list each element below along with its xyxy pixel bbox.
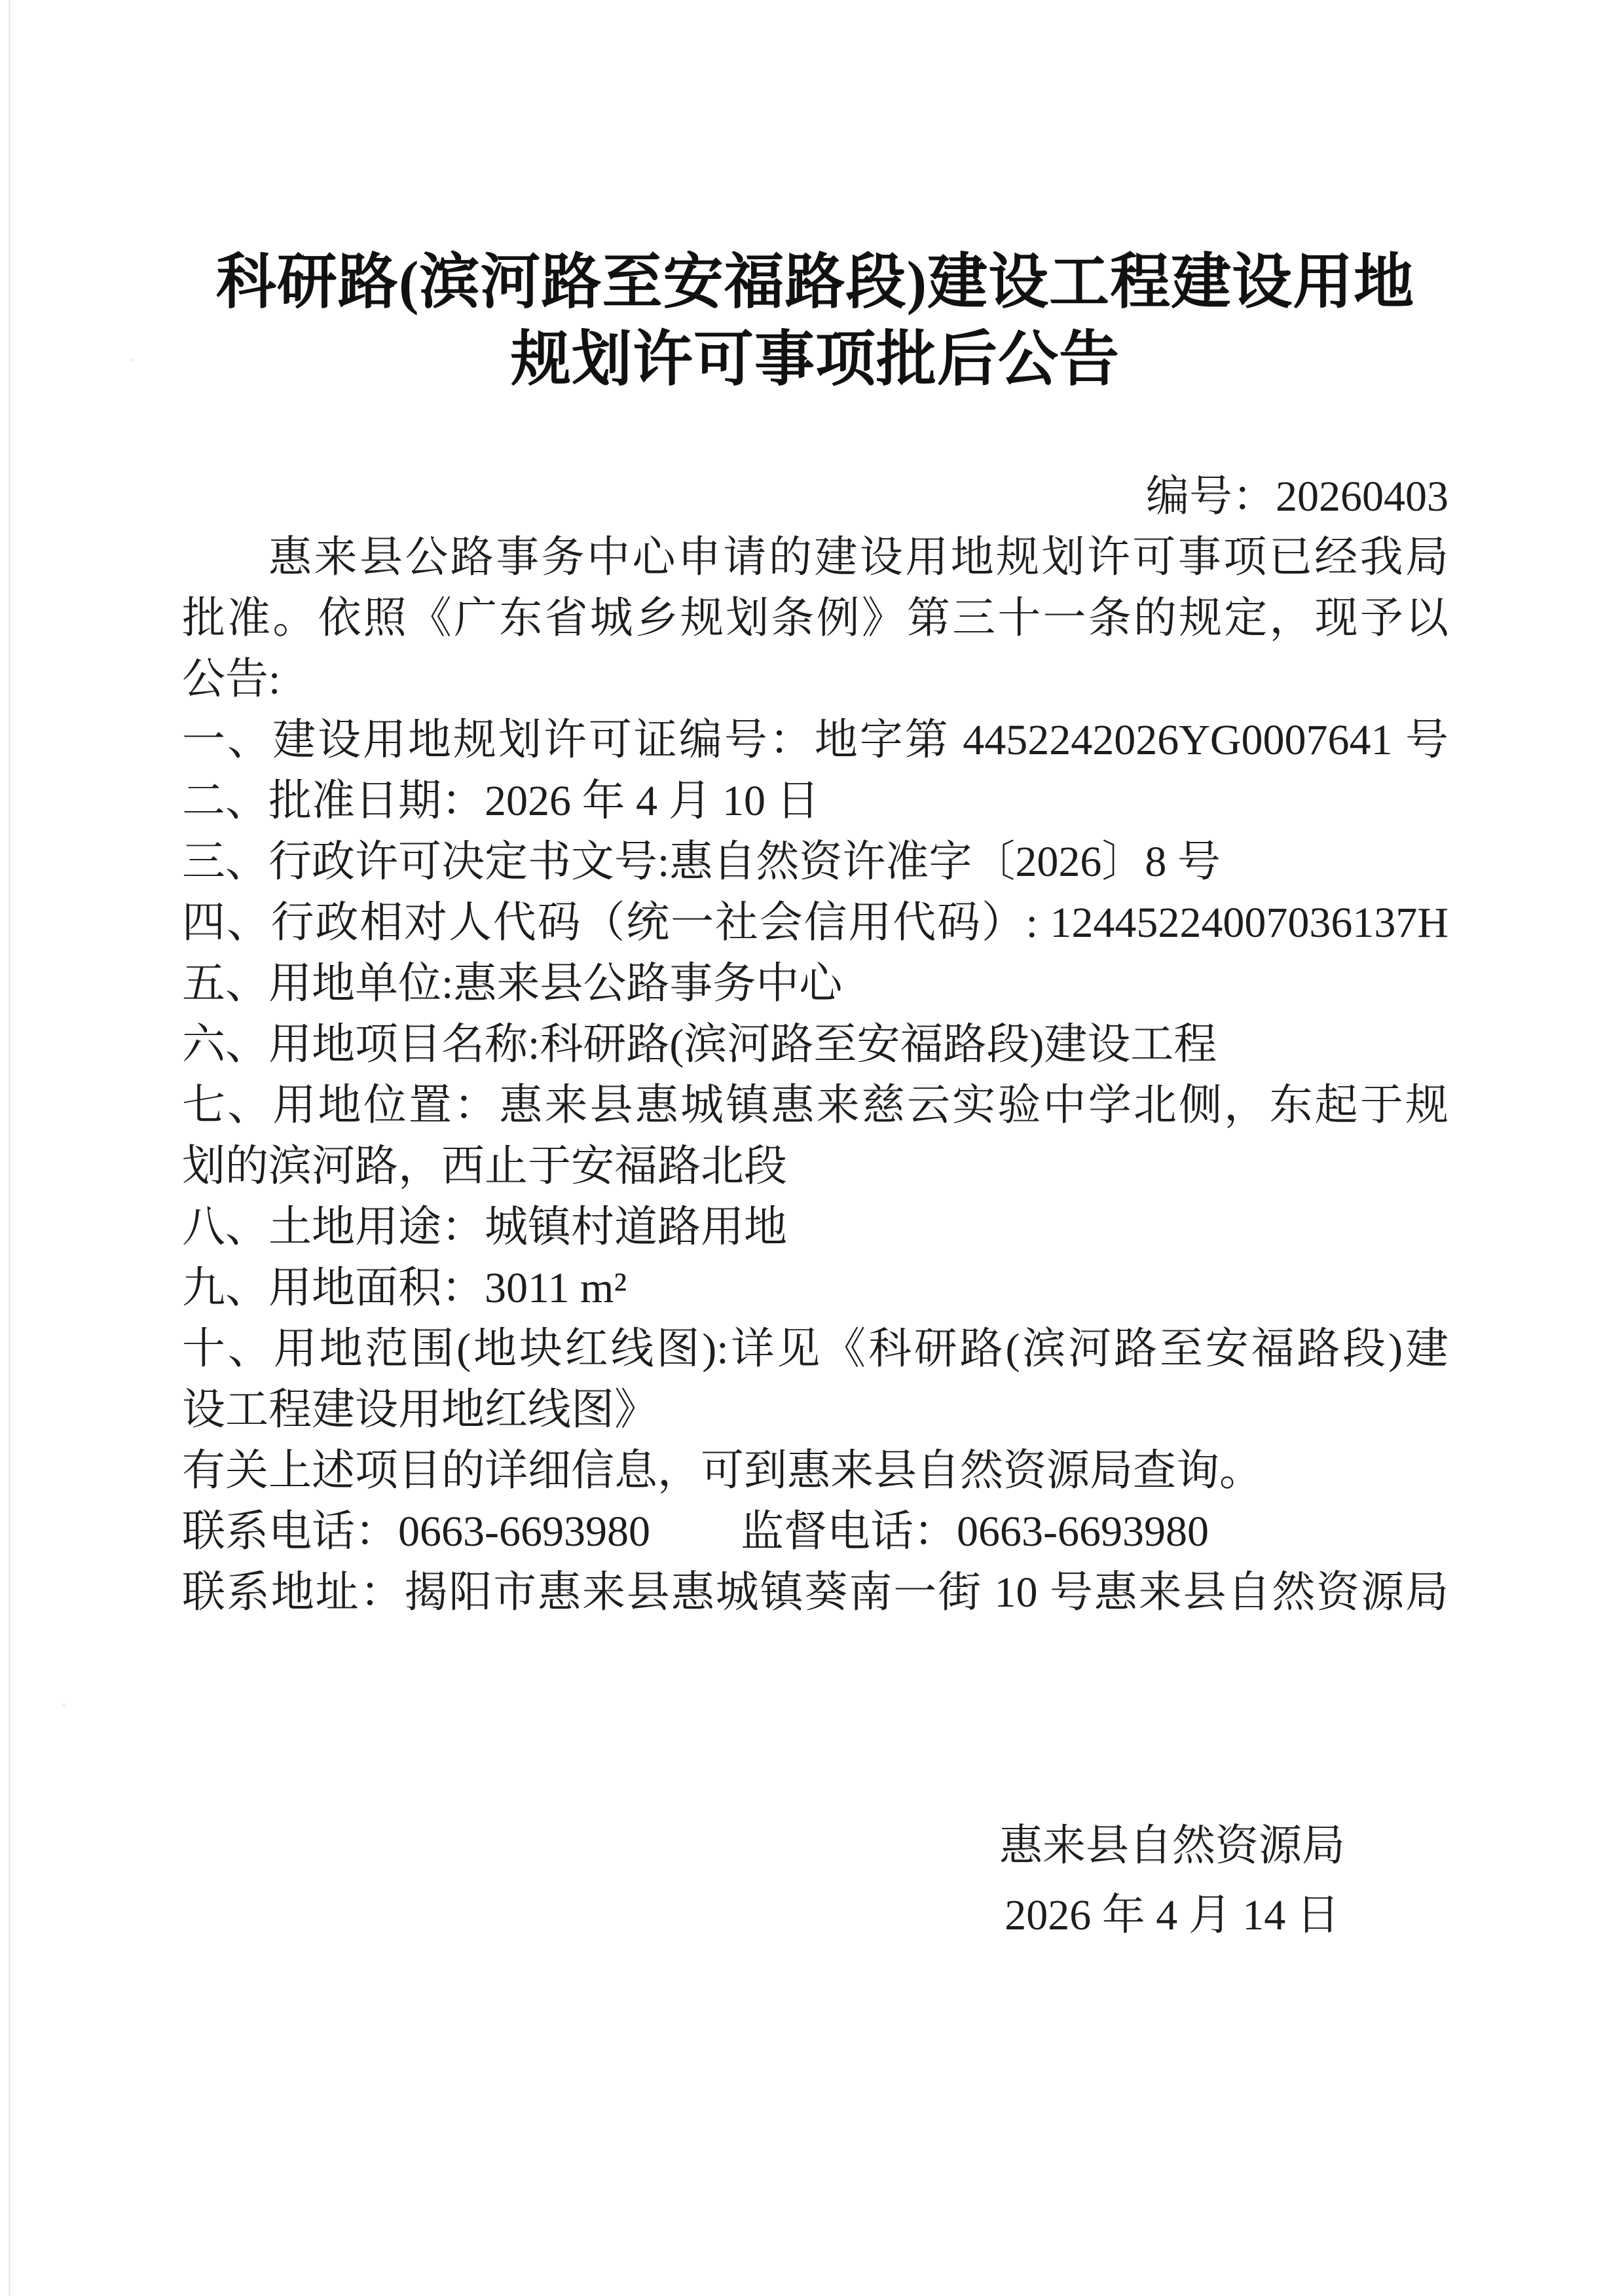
intro-line-1: 惠来县公路事务中心申请的建设用地规划许可事项已经我局 (182, 527, 1449, 588)
contact-phones: 联系电话：0663-6693980监督电话：0663-6693980 (182, 1501, 1449, 1562)
list-item-7-line1: 七、用地位置：惠来县惠城镇惠来慈云实验中学北侧，东起于规 (182, 1075, 1449, 1136)
intro-line-2: 批准。依照《广东省城乡规划条例》第三十一条的规定，现予以 (182, 588, 1449, 649)
list-item-10-line2: 设工程建设用地红线图》 (182, 1379, 1449, 1440)
page-title: 科研路(滨河路至安福路段)建设工程建设用地 规划许可事项批后公告 (182, 244, 1449, 398)
page-title-line1: 科研路(滨河路至安福路段)建设工程建设用地 (182, 244, 1449, 321)
intro-line-3: 公告: (182, 649, 1449, 710)
list-item-10-line1: 十、用地范围(地块红线图):详见《科研路(滨河路至安福路段)建 (182, 1319, 1449, 1379)
list-item-4: 四、行政相对人代码（统一社会信用代码）: 12445224007036137H (182, 892, 1449, 953)
issuer-name: 惠来县自然资源局 (999, 1812, 1345, 1881)
signature-block: 惠来县自然资源局 2026 年 4 月 14 日 (182, 1812, 1449, 1950)
list-item-1: 一、建设用地规划许可证编号：地字第 4452242026YG0007641 号 (182, 710, 1449, 771)
supervise-phone: 监督电话：0663-6693980 (741, 1508, 1209, 1556)
body-text: 惠来县公路事务中心申请的建设用地规划许可事项已经我局 批准。依照《广东省城乡规划… (182, 527, 1449, 1623)
doc-number: 编号：20260403 (182, 466, 1449, 527)
signature-inner: 惠来县自然资源局 2026 年 4 月 14 日 (999, 1812, 1345, 1950)
contact-address: 联系地址：揭阳市惠来县惠城镇葵南一街 10 号惠来县自然资源局 (182, 1562, 1449, 1623)
list-item-9: 九、用地面积：3011 m² (182, 1258, 1449, 1319)
contact-phone: 联系电话：0663-6693980 (182, 1508, 650, 1556)
list-item-2: 二、批准日期：2026 年 4 月 10 日 (182, 771, 1449, 831)
list-item-6: 六、用地项目名称:科研路(滨河路至安福路段)建设工程 (182, 1014, 1449, 1075)
document-page: 科研路(滨河路至安福路段)建设工程建设用地 规划许可事项批后公告 编号：2026… (0, 0, 1624, 2296)
scan-speck (131, 359, 135, 361)
issue-date: 2026 年 4 月 14 日 (999, 1881, 1345, 1950)
list-item-8: 八、土地用途：城镇村道路用地 (182, 1197, 1449, 1258)
list-item-5: 五、用地单位:惠来县公路事务中心 (182, 953, 1449, 1014)
list-item-3: 三、行政许可决定书文号:惠自然资许准字〔2026〕8 号 (182, 831, 1449, 892)
page-title-line2: 规划许可事项批后公告 (182, 321, 1449, 398)
document-content: 科研路(滨河路至安福路段)建设工程建设用地 规划许可事项批后公告 编号：2026… (182, 244, 1449, 1950)
info-note: 有关上述项目的详细信息，可到惠来县自然资源局查询。 (182, 1440, 1449, 1501)
scan-edge-artifact (9, 0, 10, 2296)
list-item-7-line2: 划的滨河路，西止于安福路北段 (182, 1136, 1449, 1197)
scan-speck (62, 1704, 65, 1706)
